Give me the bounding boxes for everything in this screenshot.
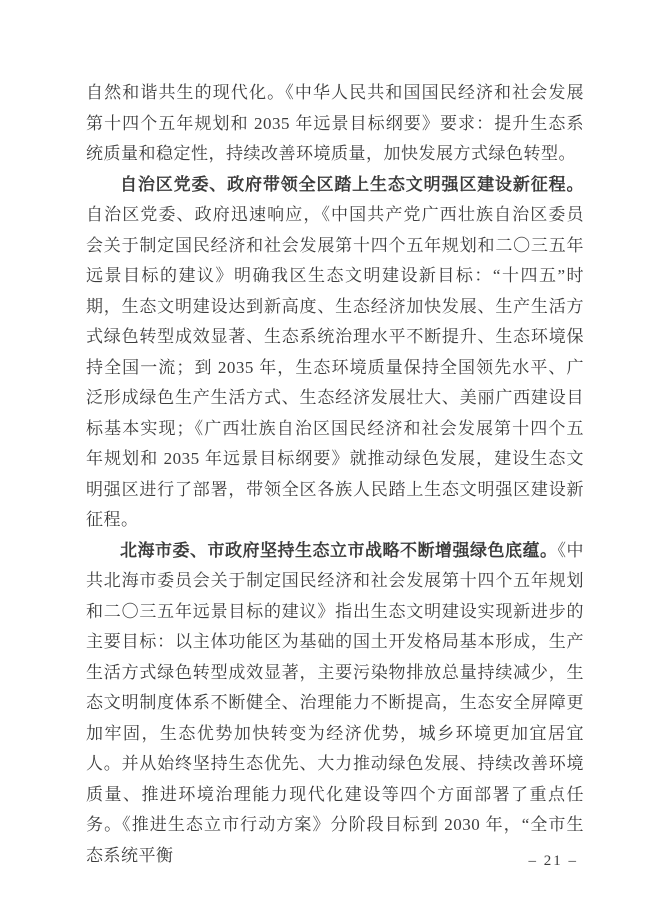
paragraph-text: 自然和谐共生的现代化。《中华人民共和国国民经济和社会发展第十四个五年规划和 20…: [86, 83, 584, 163]
page-number: – 21 –: [529, 853, 579, 869]
paragraph-text: 自治区党委、政府迅速响应，《中国共产党广西壮族自治区委员会关于制定国民经济和社会…: [86, 205, 584, 529]
paragraph-bold-lead: 北海市委、市政府坚持生态立市战略不断增强绿色底蕴。: [120, 541, 558, 560]
paragraph-region-goals: 自治区党委、政府带领全区踏上生态文明强区建设新征程。自治区党委、政府迅速响应，《…: [86, 170, 584, 536]
document-page: 自然和谐共生的现代化。《中华人民共和国国民经济和社会发展第十四个五年规划和 20…: [0, 0, 650, 919]
paragraph-bold-lead: 自治区党委、政府带领全区踏上生态文明强区建设新征程。: [120, 175, 584, 194]
paragraph-text: 《中共北海市委员会关于制定国民经济和社会发展第十四个五年规划和二〇三五年远景目标…: [86, 541, 584, 865]
document-text-block: 自然和谐共生的现代化。《中华人民共和国国民经济和社会发展第十四个五年规划和 20…: [86, 78, 584, 871]
paragraph-city-strategy: 北海市委、市政府坚持生态立市战略不断增强绿色底蕴。《中共北海市委员会关于制定国民…: [86, 536, 584, 872]
paragraph-continuation: 自然和谐共生的现代化。《中华人民共和国国民经济和社会发展第十四个五年规划和 20…: [86, 78, 584, 170]
page-footer: – 21 –: [0, 853, 578, 870]
